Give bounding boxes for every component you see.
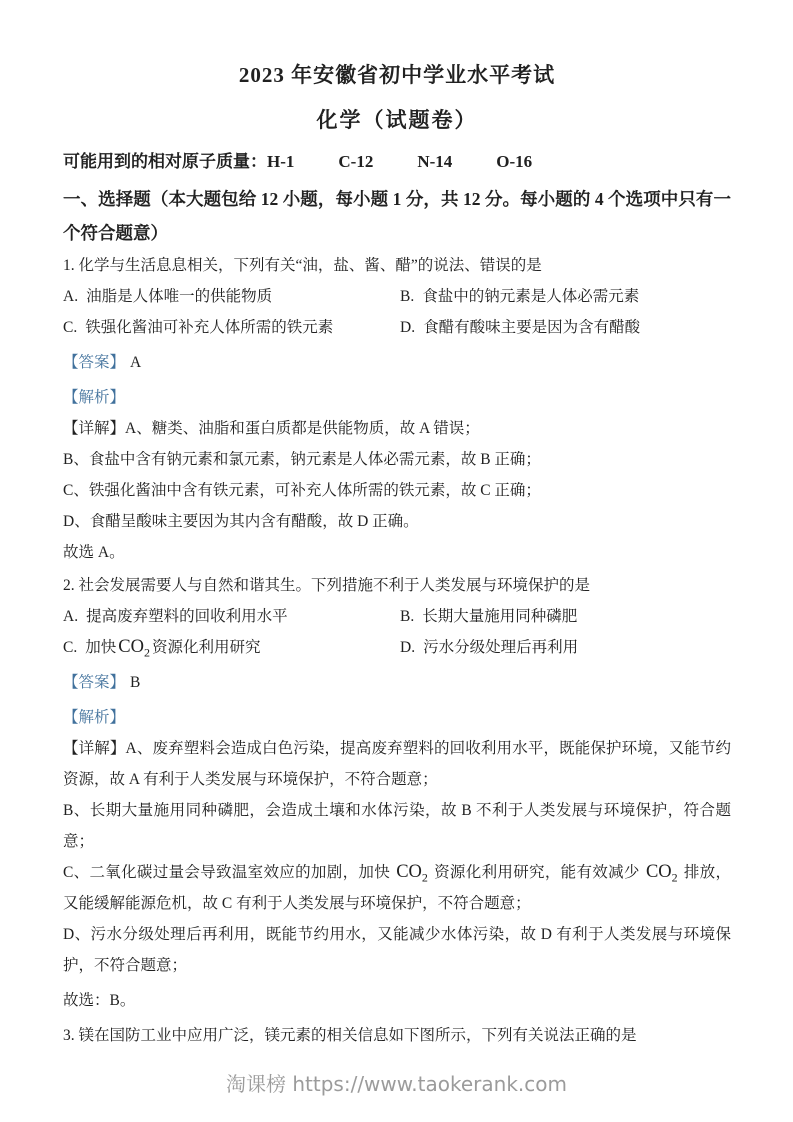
question-1-conclusion: 故选 A。 — [63, 537, 731, 568]
option-label: C. — [63, 319, 77, 336]
question-1-options-row-2: C.铁强化酱油可补充人体所需的铁元素 D.食醋有酸味主要是因为含有醋酸 — [63, 312, 731, 343]
question-3-stem: 3. 镁在国防工业中应用广泛，镁元素的相关信息如下图所示，下列有关说法正确的是 — [63, 1020, 731, 1051]
exam-document-page: 2023 年安徽省初中学业水平考试 化学（试题卷） 可能用到的相对原子质量：H-… — [0, 0, 793, 1122]
question-1-stem: 1. 化学与生活息息相关，下列有关“油，盐、酱、醋”的说法、错误的是 — [63, 250, 731, 281]
option-text: 污水分级处理后再利用 — [423, 639, 578, 656]
question-1-detail-line: D、食醋呈酸味主要因为其内含有醋酸，故 D 正确。 — [63, 506, 731, 537]
option-label: B. — [400, 608, 414, 625]
co2-formula: CO2 — [396, 862, 428, 882]
co2-formula: CO2 — [118, 637, 150, 657]
question-1-answer-value: A — [130, 354, 141, 371]
detail-text: C、二氧化碳过量会导致温室效应的加剧，加快 — [63, 864, 394, 881]
question-2-option-a: A.提高废弃塑料的回收利用水平 — [63, 601, 400, 632]
atomic-mass-note: 可能用到的相对原子质量：H-1C-12N-14O-16 — [63, 149, 731, 175]
question-2-conclusion: 故选：B。 — [63, 985, 731, 1016]
option-text: 铁强化酱油可补充人体所需的铁元素 — [85, 319, 333, 336]
atomic-mass-label: 可能用到的相对原子质量： — [63, 152, 267, 171]
question-1-option-b: B.食盐中的钠元素是人体必需元素 — [400, 281, 731, 312]
question-1-option-d: D.食醋有酸味主要是因为含有醋酸 — [400, 312, 731, 343]
question-2-answer-line: 【答案】B — [63, 667, 731, 698]
atomic-mass-n: N-14 — [417, 149, 452, 175]
section-1-heading: 一、选择题（本大题包给 12 小题，每小题 1 分，共 12 分。每小题的 4 … — [63, 182, 731, 250]
question-2-answer-value: B — [130, 674, 140, 691]
co2-formula: CO2 — [646, 862, 678, 882]
exam-subtitle: 化学（试题卷） — [63, 105, 731, 135]
option-label: C. — [63, 639, 77, 656]
exam-title: 2023 年安徽省初中学业水平考试 — [63, 60, 731, 90]
option-label: D. — [400, 319, 415, 336]
question-2-stem: 2. 社会发展需要人与自然和谐其生。下列措施不利于人类发展与环境保护的是 — [63, 570, 731, 601]
detail-text: 资源化利用研究，能有效减少 — [430, 864, 644, 881]
answer-label: 【答案】 — [63, 354, 125, 371]
option-text: 油脂是人体唯一的供能物质 — [86, 288, 272, 305]
question-1-detail-line: 【详解】A、糖类、油脂和蛋白质都是供能物质，故 A 错误； — [63, 413, 731, 444]
question-2-detail-d: D、污水分级处理后再利用，既能节约用水，又能减少水体污染，故 D 有利于人类发展… — [63, 919, 731, 981]
option-text: 食醋有酸味主要是因为含有醋酸 — [423, 319, 640, 336]
question-2-option-d: D.污水分级处理后再利用 — [400, 632, 731, 663]
atomic-mass-o: O-16 — [496, 149, 532, 175]
option-text: 食盐中的钠元素是人体必需元素 — [422, 288, 639, 305]
option-text: 长期大量施用同种磷肥 — [422, 608, 577, 625]
option-text: 提高废弃塑料的回收利用水平 — [86, 608, 288, 625]
analysis-label: 【解析】 — [63, 389, 125, 406]
question-2-options-row-1: A.提高废弃塑料的回收利用水平 B.长期大量施用同种磷肥 — [63, 601, 731, 632]
analysis-label: 【解析】 — [63, 709, 125, 726]
question-2-option-c: C.加快CO2资源化利用研究 — [63, 632, 400, 663]
question-2-detail-c: C、二氧化碳过量会导致温室效应的加剧，加快 CO2 资源化利用研究，能有效减少 … — [63, 857, 731, 919]
question-1-option-c: C.铁强化酱油可补充人体所需的铁元素 — [63, 312, 400, 343]
question-2-option-b: B.长期大量施用同种磷肥 — [400, 601, 731, 632]
question-2-detail-a: 【详解】A、废弃塑料会造成白色污染，提高废弃塑料的回收利用水平，既能保护环境，又… — [63, 733, 731, 795]
option-label: B. — [400, 288, 414, 305]
option-label: D. — [400, 639, 415, 656]
question-1-options-row-1: A.油脂是人体唯一的供能物质 B.食盐中的钠元素是人体必需元素 — [63, 281, 731, 312]
option-label: A. — [63, 608, 78, 625]
option-text-post: 资源化利用研究 — [152, 639, 261, 656]
answer-label: 【答案】 — [63, 674, 125, 691]
atomic-mass-h: H-1 — [267, 149, 294, 175]
question-1-detail-line: B、食盐中含有钠元素和氯元素，钠元素是人体必需元素，故 B 正确； — [63, 444, 731, 475]
question-1-detail-line: C、铁强化酱油中含有铁元素，可补充人体所需的铁元素，故 C 正确； — [63, 475, 731, 506]
watermark-footer: 淘课榜 https://www.taokerank.com — [0, 1072, 793, 1096]
question-2-options-row-2: C.加快CO2资源化利用研究 D.污水分级处理后再利用 — [63, 632, 731, 663]
question-1-analysis-line: 【解析】 — [63, 382, 731, 413]
option-label: A. — [63, 288, 78, 305]
question-1-option-a: A.油脂是人体唯一的供能物质 — [63, 281, 400, 312]
document-content: 2023 年安徽省初中学业水平考试 化学（试题卷） 可能用到的相对原子质量：H-… — [0, 0, 793, 1051]
atomic-mass-c: C-12 — [338, 149, 373, 175]
option-text-pre: 加快 — [85, 639, 116, 656]
question-2-analysis-line: 【解析】 — [63, 702, 731, 733]
question-1-answer-line: 【答案】A — [63, 347, 731, 378]
question-2-detail-b: B、长期大量施用同种磷肥，会造成土壤和水体污染，故 B 不利于人类发展与环境保护… — [63, 795, 731, 857]
